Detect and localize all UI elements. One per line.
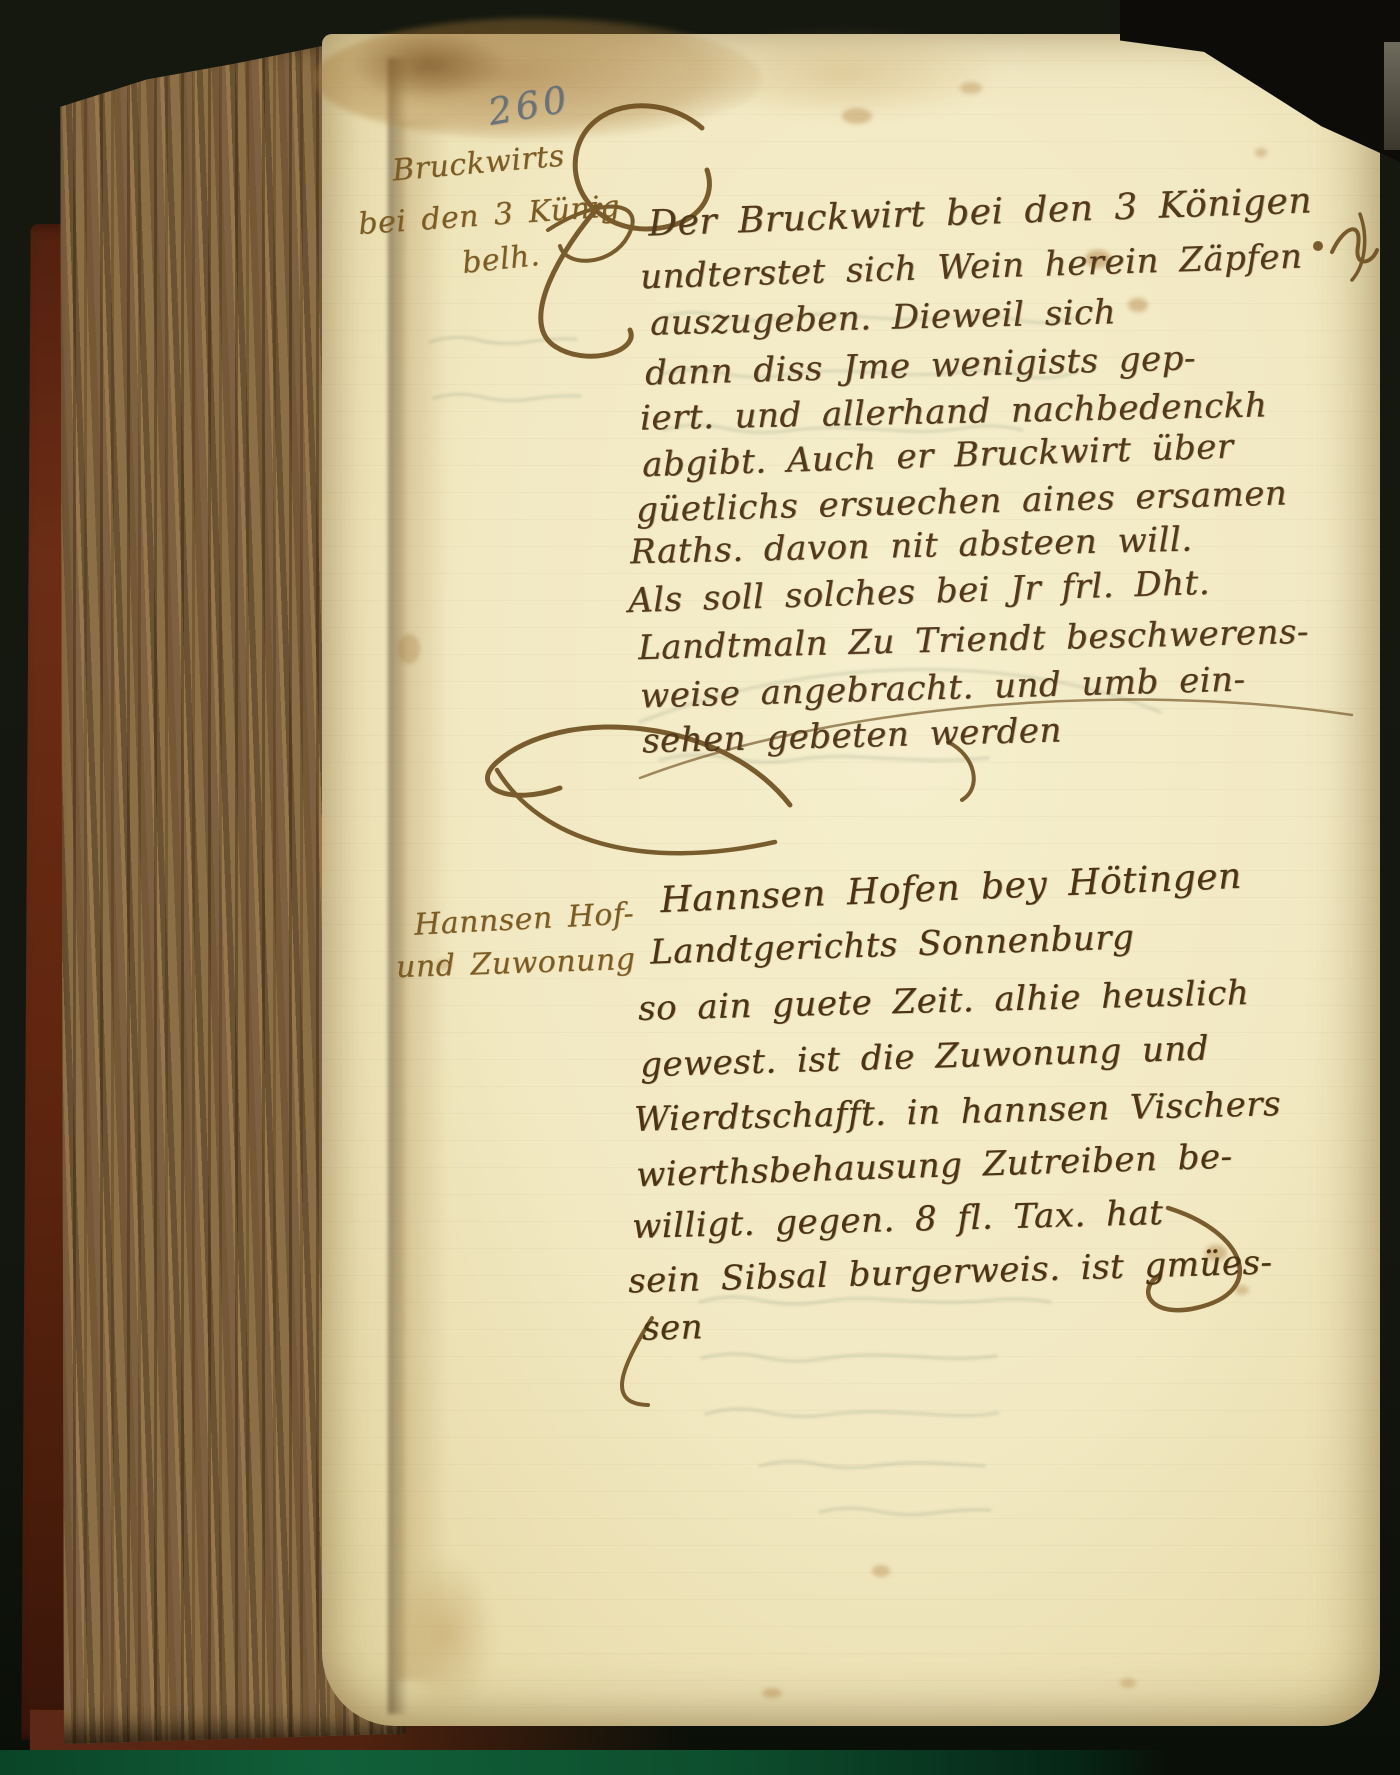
- fox-spot: [1128, 298, 1148, 312]
- fox-spot: [1120, 1678, 1136, 1688]
- fox-spot: [1235, 1285, 1249, 1295]
- fox-spot: [872, 1565, 890, 1577]
- manuscript-line: sen: [641, 1307, 703, 1349]
- tan-wash-stain: [688, 28, 998, 120]
- right-edge-sliver: [1384, 42, 1400, 150]
- fox-spot: [960, 82, 982, 94]
- table-edge-green-band: [0, 1750, 1170, 1775]
- fox-spot: [842, 108, 872, 124]
- manuscript-photo: 260 Bruckwirts bei den 3 Künig belh. Der…: [0, 0, 1400, 1775]
- water-stain-core: [350, 30, 506, 100]
- fox-spot: [398, 634, 420, 664]
- fox-spot: [762, 1688, 782, 1698]
- corner-stain: [398, 1556, 494, 1712]
- fox-spot: [1255, 148, 1267, 157]
- margin-stain: [396, 120, 448, 1680]
